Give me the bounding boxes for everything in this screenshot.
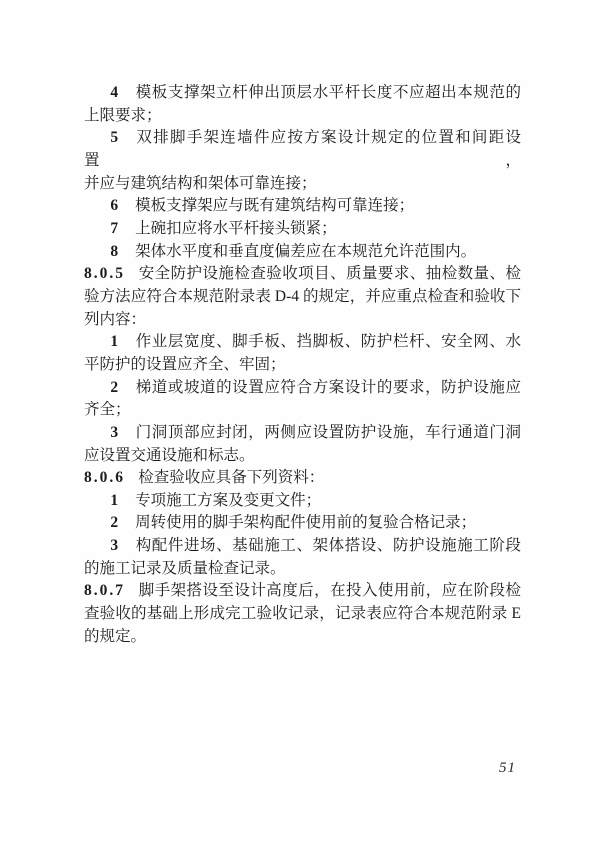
text-line: 8.0.5安全防护设施检查验收项目、质量要求、抽检数量、检 <box>84 263 521 286</box>
text-line: 的规定。 <box>84 626 521 649</box>
text-line: 5双排脚手架连墙件应按方案设计规定的位置和间距设置， <box>84 127 521 172</box>
list-item-paragraph: 2梯道或坡道的设置应符合方案设计的要求，防护设施应齐全； <box>84 377 521 422</box>
line-text: 梯道或坡道的设置应符合方案设计的要求，防护设施应 <box>135 379 521 396</box>
text-line: 1专项施工方案及变更文件； <box>84 490 521 513</box>
list-item-paragraph: 2周转使用的脚手架构配件使用前的复验合格记录； <box>84 512 521 535</box>
text-line: 4模板支撑架立杆伸出顶层水平杆长度不应超出本规范的 <box>84 82 521 105</box>
text-line: 8架体水平度和垂直度偏差应在本规范允许范围内。 <box>84 241 521 264</box>
list-item-paragraph: 1作业层宽度、脚手板、挡脚板、防护栏杆、安全网、水平防护的设置应齐全、牢固； <box>84 331 521 376</box>
text-line: 2梯道或坡道的设置应符合方案设计的要求，防护设施应 <box>84 377 521 400</box>
item-number: 1 <box>110 492 118 509</box>
text-line: 6模板支撑架应与既有建筑结构可靠连接； <box>84 195 521 218</box>
text-line: 1作业层宽度、脚手板、挡脚板、防护栏杆、安全网、水 <box>84 331 521 354</box>
list-item-paragraph: 8架体水平度和垂直度偏差应在本规范允许范围内。 <box>84 241 521 264</box>
text-line: 验方法应符合本规范附录表 D-4 的规定，并应重点检查和验收下 <box>84 286 521 309</box>
text-line: 查验收的基础上形成完工验收记录，记录表应符合本规范附录 E <box>84 603 521 626</box>
line-text: 脚手架搭设至设计高度后，在投入使用前，应在阶段检 <box>138 582 521 599</box>
list-item-paragraph: 6模板支撑架应与既有建筑结构可靠连接； <box>84 195 521 218</box>
text-line: 3门洞顶部应封闭，两侧应设置防护设施，车行通道门洞 <box>84 422 521 445</box>
text-line: 列内容： <box>84 309 521 332</box>
item-number: 3 <box>110 537 118 554</box>
item-number: 7 <box>110 220 118 237</box>
page-number: 51 <box>499 760 516 777</box>
line-text: 双排脚手架连墙件应按方案设计规定的位置和间距设置， <box>84 129 521 169</box>
clause-number: 8.0.6 <box>84 469 125 486</box>
clause-number: 8.0.5 <box>84 265 125 282</box>
document-page: 4模板支撑架立杆伸出顶层水平杆长度不应超出本规范的上限要求；5双排脚手架连墙件应… <box>0 0 600 848</box>
item-number: 3 <box>110 424 118 441</box>
list-item-paragraph: 4模板支撑架立杆伸出顶层水平杆长度不应超出本规范的上限要求； <box>84 82 521 127</box>
item-number: 2 <box>110 514 118 531</box>
text-line: 并应与建筑结构和架体可靠连接； <box>84 173 521 196</box>
list-item-paragraph: 3门洞顶部应封闭，两侧应设置防护设施，车行通道门洞应设置交通设施和标志。 <box>84 422 521 467</box>
text-line: 应设置交通设施和标志。 <box>84 445 521 468</box>
item-number: 8 <box>110 243 118 260</box>
line-text: 上碗扣应将水平杆接头锁紧； <box>135 220 337 237</box>
item-number: 2 <box>110 379 118 396</box>
line-text: 模板支撑架应与既有建筑结构可靠连接； <box>135 197 414 214</box>
list-item-paragraph: 5双排脚手架连墙件应按方案设计规定的位置和间距设置，并应与建筑结构和架体可靠连接… <box>84 127 521 195</box>
text-line: 齐全； <box>84 399 521 422</box>
line-text: 安全防护设施检查验收项目、质量要求、抽检数量、检 <box>138 265 521 282</box>
item-number: 4 <box>110 84 118 101</box>
item-number: 5 <box>110 129 118 146</box>
text-line: 3构配件进场、基础施工、架体搭设、防护设施施工阶段 <box>84 535 521 558</box>
document-content: 4模板支撑架立杆伸出顶层水平杆长度不应超出本规范的上限要求；5双排脚手架连墙件应… <box>84 82 521 648</box>
line-text: 检查验收应具备下列资料： <box>138 469 324 486</box>
line-text: 架体水平度和垂直度偏差应在本规范允许范围内。 <box>135 243 476 260</box>
clause-paragraph-8-0-6: 8.0.6检查验收应具备下列资料： <box>84 467 521 490</box>
clause-paragraph-8-0-5: 8.0.5安全防护设施检查验收项目、质量要求、抽检数量、检验方法应符合本规范附录… <box>84 263 521 331</box>
text-line: 的施工记录及质量检查记录。 <box>84 558 521 581</box>
text-line: 8.0.6检查验收应具备下列资料： <box>84 467 521 490</box>
line-text: 作业层宽度、脚手板、挡脚板、防护栏杆、安全网、水 <box>135 333 521 350</box>
line-text: 门洞顶部应封闭，两侧应设置防护设施，车行通道门洞 <box>135 424 521 441</box>
line-text: 专项施工方案及变更文件； <box>135 492 321 509</box>
text-line: 上限要求； <box>84 105 521 128</box>
line-text: 模板支撑架立杆伸出顶层水平杆长度不应超出本规范的 <box>135 84 521 101</box>
text-line: 平防护的设置应齐全、牢固； <box>84 354 521 377</box>
clause-paragraph-8-0-7: 8.0.7脚手架搭设至设计高度后，在投入使用前，应在阶段检查验收的基础上形成完工… <box>84 580 521 648</box>
clause-number: 8.0.7 <box>84 582 125 599</box>
line-text: 构配件进场、基础施工、架体搭设、防护设施施工阶段 <box>135 537 521 554</box>
list-item-paragraph: 1专项施工方案及变更文件； <box>84 490 521 513</box>
text-line: 7上碗扣应将水平杆接头锁紧； <box>84 218 521 241</box>
text-line: 8.0.7脚手架搭设至设计高度后，在投入使用前，应在阶段检 <box>84 580 521 603</box>
text-line: 2周转使用的脚手架构配件使用前的复验合格记录； <box>84 512 521 535</box>
line-text: 周转使用的脚手架构配件使用前的复验合格记录； <box>135 514 476 531</box>
item-number: 6 <box>110 197 118 214</box>
list-item-paragraph: 3构配件进场、基础施工、架体搭设、防护设施施工阶段的施工记录及质量检查记录。 <box>84 535 521 580</box>
list-item-paragraph: 7上碗扣应将水平杆接头锁紧； <box>84 218 521 241</box>
item-number: 1 <box>110 333 118 350</box>
